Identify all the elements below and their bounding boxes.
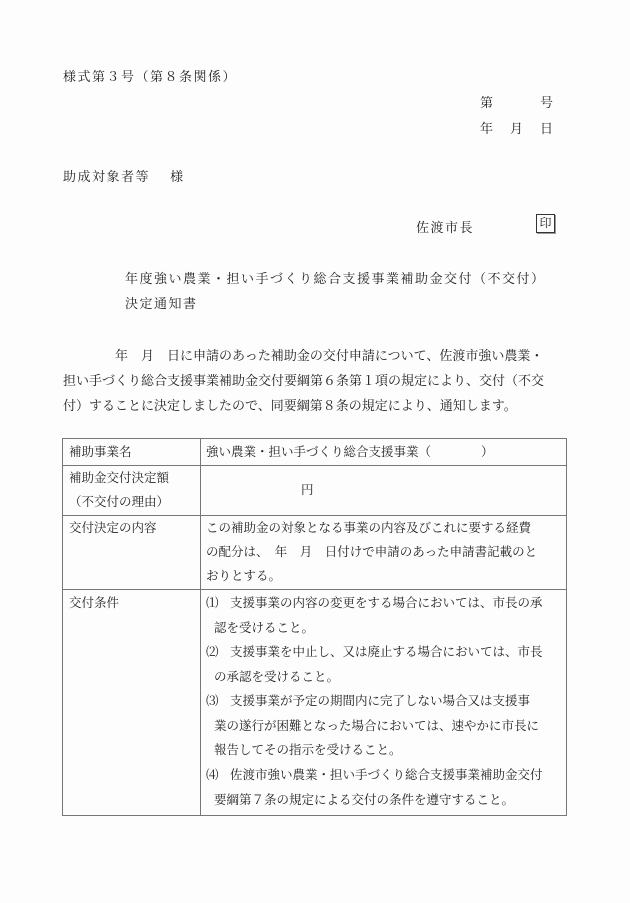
decision-table: 補助事業名 強い農業・担い手づくり総合支援事業（ ） 補助金交付決定額 （不交付… <box>62 438 567 816</box>
doc-number-suffix: 号 <box>540 92 553 111</box>
body-line: 担い手づくり総合支援事業補助金交付要綱第６条第１項の規定により、交付（不交 <box>63 369 573 394</box>
label-grant-conditions: 交付条件 <box>69 591 119 616</box>
condition-text: 支援事業の内容の変更をする場合においては、市長の承 <box>230 595 543 610</box>
label-non-grant-reason: （不交付の理由） <box>69 490 169 515</box>
column-divider <box>200 439 201 815</box>
label-decision-content: 交付決定の内容 <box>69 516 157 541</box>
body-line: 年 月 日に申請のあった補助金の交付申請について、佐渡市強い農業・ <box>63 344 573 369</box>
label-project-name: 補助事業名 <box>69 440 132 465</box>
form-number: 様式第３号（第８条関係） <box>63 66 237 85</box>
sender-name: 佐渡市長 <box>416 217 474 236</box>
value-decision-content-line: この補助金の対象となる事業の内容及びこれに要する経費 <box>206 516 531 541</box>
date-day: 日 <box>540 118 553 137</box>
recipient: 助成対象者等 様 <box>63 166 185 185</box>
document-title-line2: 決定通知書 <box>125 293 198 312</box>
value-decision-content-line: の配分は、 年 月 日付けで申請のあった申請書記載のと <box>206 540 537 565</box>
condition-item-2: ⑵支援事業を中止し、又は廃止する場合においては、市長 の承認を受けること。 <box>206 640 543 689</box>
value-project-name: 強い農業・担い手づくり総合支援事業（ ） <box>206 440 494 465</box>
doc-number-prefix: 第 <box>480 92 493 111</box>
body-paragraph: 年 月 日に申請のあった補助金の交付申請について、佐渡市強い農業・ 担い手づくり… <box>63 344 573 419</box>
label-grant-amount: 補助金交付決定額 <box>69 466 169 491</box>
condition-number: ⑶ <box>206 689 230 714</box>
body-line: 付）することに決定しましたので、同要綱第８条の規定により、通知します。 <box>63 394 573 419</box>
condition-text: の承認を受けること。 <box>206 665 543 690</box>
condition-text: 佐渡市強い農業・担い手づくり総合支援事業補助金交付 <box>230 767 543 782</box>
condition-item-3: ⑶支援事業が予定の期間内に完了しない場合又は支援事 業の遂行が困難となった場合に… <box>206 689 539 763</box>
date-year: 年 <box>480 118 493 137</box>
row-divider <box>63 589 566 590</box>
document-title-line1: 年度強い農業・担い手づくり総合支援事業補助金交付（不交付） <box>125 268 546 287</box>
condition-number: ⑵ <box>206 640 230 665</box>
value-grant-amount-unit: 円 <box>301 478 314 503</box>
condition-text: 認を受けること。 <box>206 616 543 641</box>
condition-text: 報告してその指示を受けること。 <box>206 738 539 763</box>
condition-number: ⑷ <box>206 763 230 788</box>
condition-text: 要綱第７条の規定による交付の条件を遵守すること。 <box>206 788 543 813</box>
value-decision-content-line: おりとする。 <box>206 564 281 589</box>
condition-text: 業の遂行が困難となった場合においては、速やかに市長に <box>206 714 539 739</box>
date-month: 月 <box>510 118 523 137</box>
condition-item-1: ⑴支援事業の内容の変更をする場合においては、市長の承 認を受けること。 <box>206 591 543 640</box>
condition-text: 支援事業が予定の期間内に完了しない場合又は支援事 <box>230 693 530 708</box>
condition-number: ⑴ <box>206 591 230 616</box>
seal-stamp: 印 <box>536 214 555 233</box>
condition-text: 支援事業を中止し、又は廃止する場合においては、市長 <box>230 644 543 659</box>
condition-item-4: ⑷佐渡市強い農業・担い手づくり総合支援事業補助金交付 要綱第７条の規定による交付… <box>206 763 543 812</box>
